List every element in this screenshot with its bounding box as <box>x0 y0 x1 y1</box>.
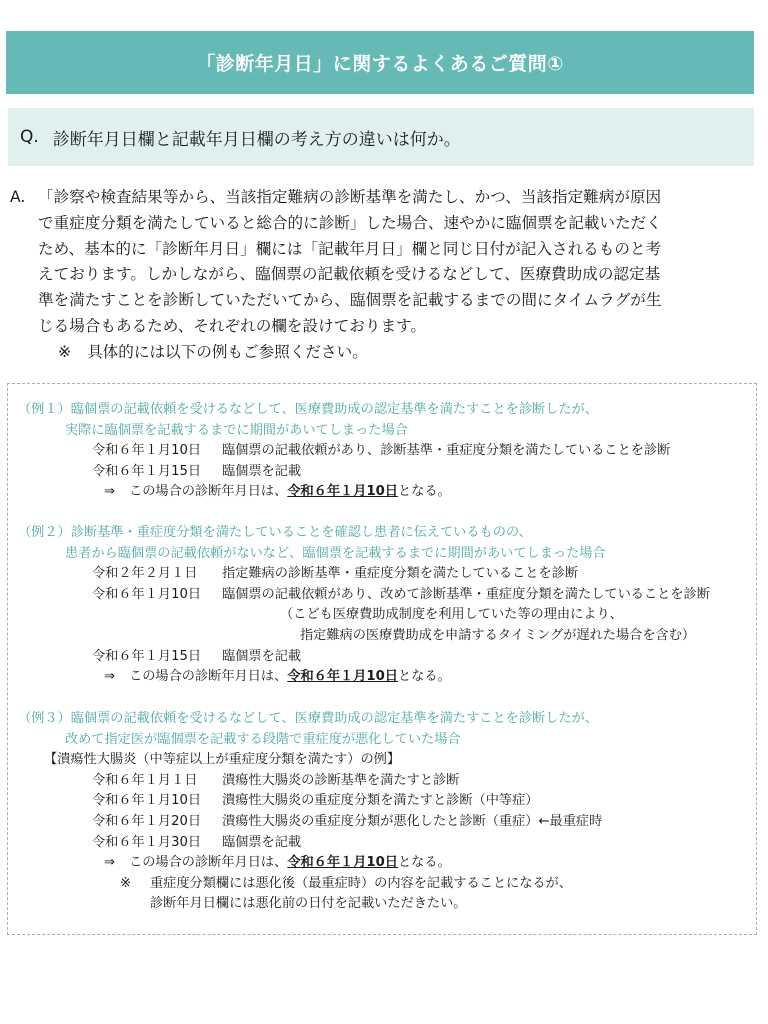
timeline-row: 令和６年１月１日潰瘍性大腸炎の診断基準を満たすと診断 <box>18 771 602 792</box>
timeline-row: 令和６年１月10日臨個票の記載依頼があり、改めて診断基準・重症度分類を満たしてい… <box>18 585 710 647</box>
example-note: ※重症度分類欄には悪化後（最重症時）の内容を記載することになるが、 診断年月日欄… <box>18 874 602 915</box>
answer-line: ため、基本的に「診断年月日」欄には「記載年月日」欄と同じ日付が記入されるものと考 <box>38 237 758 263</box>
page-title: 「診断年月日」に関するよくあるご質問① <box>6 31 754 94</box>
example-result: ⇒この場合の診断年月日は、令和６年１月10日となる。 <box>18 853 602 874</box>
timeline-row: 令和６年１月30日臨個票を記載 <box>18 833 602 854</box>
answer-mark: A. <box>10 185 25 211</box>
question-mark: Q. <box>20 127 39 147</box>
note-symbol: ※ <box>120 874 150 895</box>
answer-line: で重症度分類を満たしていると総合的に診断」した場合、速やかに臨個票を記載いただく <box>38 211 758 237</box>
example-1: （例１）臨個票の記載依頼を受けるなどして、医療費助成の認定基準を満たすことを診断… <box>18 400 670 503</box>
timeline-row: 令和６年１月20日潰瘍性大腸炎の重症度分類が悪化したと診断（重症）←最重症時 <box>18 812 602 833</box>
timeline-row: 令和６年１月15日臨個票を記載 <box>18 647 710 668</box>
timeline-row: 令和６年１月10日潰瘍性大腸炎の重症度分類を満たすと診断（中等症） <box>18 791 602 812</box>
examples-box: （例１）臨個票の記載依頼を受けるなどして、医療費助成の認定基準を満たすことを診断… <box>7 383 757 935</box>
example-heading-cont: 患者から臨個票の記載依頼がないなど、臨個票を記載するまでに期間があいてしまった場… <box>18 544 710 565</box>
example-result: ⇒この場合の診断年月日は、令和６年１月10日となる。 <box>18 482 670 503</box>
answer-line: 「診察や検査結果等から、当該指定難病の診断基準を満たし、かつ、当該指定難病が原因 <box>38 185 758 211</box>
example-heading: （例２）診断基準・重症度分類を満たしていることを確認し患者に伝えているものの、 <box>18 523 710 544</box>
note-text: 具体的には以下の例もご参照ください。 <box>87 343 368 361</box>
example-subheading: 【潰瘍性大腸炎（中等症以上が重症度分類を満たす）の例】 <box>18 750 602 771</box>
example-heading: （例３）臨個票の記載依頼を受けるなどして、医療費助成の認定基準を満たすことを診断… <box>18 709 602 730</box>
arrow-icon: ⇒ <box>104 669 115 684</box>
note-symbol: ※ <box>58 343 71 361</box>
example-2: （例２）診断基準・重症度分類を満たしていることを確認し患者に伝えているものの、 … <box>18 523 710 688</box>
answer-line: じる場合もあるため、それぞれの欄を設けております。 <box>38 314 758 340</box>
timeline-row: 令和２年２月１日指定難病の診断基準・重症度分類を満たしていることを診断 <box>18 564 710 585</box>
example-heading-cont: 実際に臨個票を記載するまでに期間があいてしまった場合 <box>18 421 670 442</box>
answer-line: 準を満たすことを診断していただいてから、臨個票を記載するまでの間にタイムラグが生 <box>38 288 758 314</box>
example-heading-cont: 改めて指定医が臨個票を記載する段階で重症度が悪化していた場合 <box>18 730 602 751</box>
answer-body: 「診察や検査結果等から、当該指定難病の診断基準を満たし、かつ、当該指定難病が原因… <box>38 185 758 340</box>
timeline-row: 令和６年１月15日臨個票を記載 <box>18 462 670 483</box>
arrow-icon: ⇒ <box>104 855 115 870</box>
example-3: （例３）臨個票の記載依頼を受けるなどして、医療費助成の認定基準を満たすことを診断… <box>18 709 602 915</box>
arrow-icon: ⇒ <box>104 484 115 499</box>
answer-note: ※具体的には以下の例もご参照ください。 <box>58 340 758 366</box>
question-box: Q. 診断年月日欄と記載年月日欄の考え方の違いは何か。 <box>8 108 754 166</box>
question-text: 診断年月日欄と記載年月日欄の考え方の違いは何か。 <box>53 125 461 150</box>
example-heading: （例１）臨個票の記載依頼を受けるなどして、医療費助成の認定基準を満たすことを診断… <box>18 400 670 421</box>
answer-section: A. 「診察や検査結果等から、当該指定難病の診断基準を満たし、かつ、当該指定難病… <box>10 185 758 366</box>
example-result: ⇒この場合の診断年月日は、令和６年１月10日となる。 <box>18 667 710 688</box>
timeline-row: 令和６年１月10日臨個票の記載依頼があり、診断基準・重症度分類を満たしていること… <box>18 441 670 462</box>
answer-line: えております。しかしながら、臨個票の記載依頼を受けるなどして、医療費助成の認定基 <box>38 262 758 288</box>
